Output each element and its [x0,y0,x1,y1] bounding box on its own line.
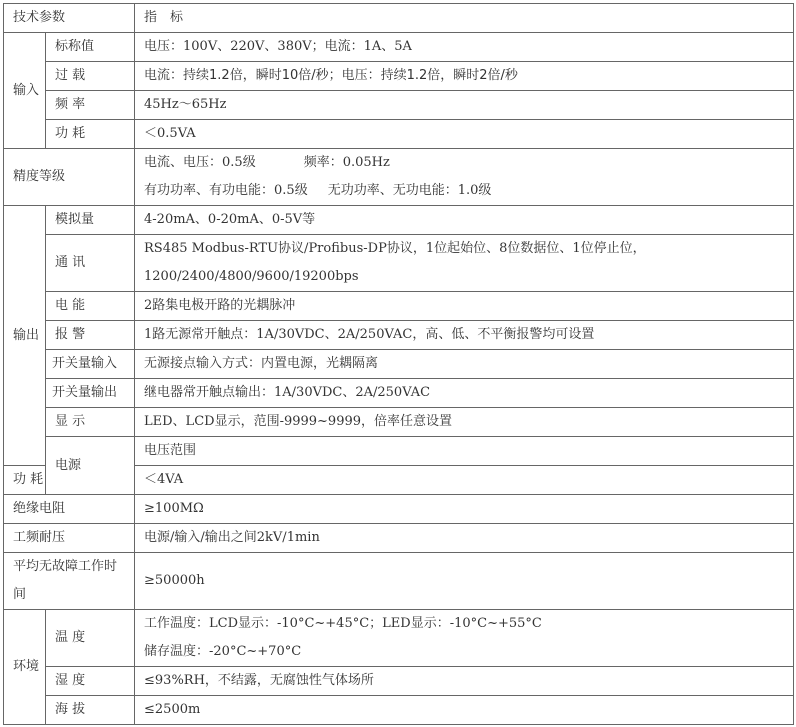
group-input: 输入 [4,33,46,149]
param-name: 过 载 [46,62,135,91]
table-row: 海 拔 ≤2500m [4,696,794,725]
param-value: ≤2500m [135,696,794,725]
accuracy-line-1: 电流、电压：0.5级频率：0.05Hz [144,149,793,177]
accuracy-reactive: 无功功率、无功电能：1.0级 [328,183,492,198]
param-name: 开关量输出 [46,379,135,408]
group-output: 输出 [4,206,46,466]
param-name: 模拟量 [46,206,135,235]
group-insulation: 绝缘电阻 [4,495,135,524]
mtbf-label-line-1: 平均无故障工作时 [13,553,134,581]
param-value: RS485 Modbus-RTU协议/Profibus-DP协议，1位起始位、8… [135,235,794,292]
param-name: 电压范围 [135,437,794,466]
accuracy-current-voltage: 电流、电压：0.5级 [144,155,256,170]
comm-line-2: 1200/2400/4800/9600/19200bps [144,263,793,291]
param-value: 1路无源常开触点：1A/30VDC、2A/250VAC，高、低、不平衡报警均可设… [135,321,794,350]
param-name: 湿 度 [46,667,135,696]
param-value: ＜0.5VA [135,120,794,149]
group-power: 电源 [46,437,135,495]
table-row: 电 能 2路集电极开路的光耦脉冲 [4,292,794,321]
param-name: 电 能 [46,292,135,321]
param-name: 温 度 [46,610,135,667]
param-name: 功 耗 [46,120,135,149]
param-value: LED、LCD显示，范围-9999~9999，倍率任意设置 [135,408,794,437]
comm-line-1: RS485 Modbus-RTU协议/Profibus-DP协议，1位起始位、8… [144,235,793,263]
table-row: 开关量输入 无源接点输入方式：内置电源，光耦隔离 [4,350,794,379]
table-row: 显 示 LED、LCD显示，范围-9999~9999，倍率任意设置 [4,408,794,437]
param-value: 电流、电压：0.5级频率：0.05Hz 有功功率、有功电能：0.5级无功功率、无… [135,149,794,206]
param-name: 功 耗 [4,466,46,495]
table-row: 绝缘电阻 ≥100MΩ [4,495,794,524]
temp-line-2: 储存温度：-20°C~+70°C [144,638,793,666]
param-name: 标称值 [46,33,135,62]
param-name: 报 警 [46,321,135,350]
table-row: 湿 度 ≤93%RH，不结露，无腐蚀性气体场所 [4,667,794,696]
param-value: ≥100MΩ [135,495,794,524]
mtbf-label-line-2: 间 [13,581,134,609]
header-row: 技术参数 指 标 [4,4,794,33]
accuracy-active: 有功功率、有功电能：0.5级 [144,183,308,198]
table-row: 平均无故障工作时 间 ≥50000h [4,553,794,610]
table-row: 通 讯 RS485 Modbus-RTU协议/Profibus-DP协议，1位起… [4,235,794,292]
group-accuracy: 精度等级 [4,149,135,206]
param-value: ≤93%RH，不结露，无腐蚀性气体场所 [135,667,794,696]
table-row: 电源 电压范围 AC80-270V或DC100-350V [4,437,794,466]
table-row: 功 耗 ＜0.5VA [4,120,794,149]
table-row: 输出 模拟量 4-20mA、0-20mA、0-5V等 [4,206,794,235]
table-row: 过 载 电流：持续1.2倍，瞬时10倍/秒；电压：持续1.2倍，瞬时2倍/秒 [4,62,794,91]
spec-table: 技术参数 指 标 输入 标称值 电压：100V、220V、380V；电流：1A、… [3,3,794,725]
param-name: 海 拔 [46,696,135,725]
param-value: 无源接点输入方式：内置电源，光耦隔离 [135,350,794,379]
param-name: 开关量输入 [46,350,135,379]
param-value: 电压：100V、220V、380V；电流：1A、5A [135,33,794,62]
group-withstand: 工频耐压 [4,524,135,553]
table-row: 环境 温 度 工作温度：LCD显示：-10°C~+45°C；LED显示：-10°… [4,610,794,667]
temp-line-1: 工作温度：LCD显示：-10°C~+45°C；LED显示：-10°C~+55°C [144,610,793,638]
table-row: 精度等级 电流、电压：0.5级频率：0.05Hz 有功功率、有功电能：0.5级无… [4,149,794,206]
header-indicator: 指 标 [135,4,794,33]
param-value: ＜4VA [135,466,794,495]
header-param: 技术参数 [4,4,135,33]
group-mtbf: 平均无故障工作时 间 [4,553,135,610]
table-row: 频 率 45Hz～65Hz [4,91,794,120]
accuracy-line-2: 有功功率、有功电能：0.5级无功功率、无功电能：1.0级 [144,177,793,205]
group-environment: 环境 [4,610,46,725]
param-name: 显 示 [46,408,135,437]
param-value: 工作温度：LCD显示：-10°C~+45°C；LED显示：-10°C~+55°C… [135,610,794,667]
param-value: ≥50000h [135,553,794,610]
param-value: 4-20mA、0-20mA、0-5V等 [135,206,794,235]
param-value: 电源/输入/输出之间2kV/1min [135,524,794,553]
table-row: 开关量输出 继电器常开触点输出：1A/30VDC、2A/250VAC [4,379,794,408]
param-name: 通 讯 [46,235,135,292]
table-row: 报 警 1路无源常开触点：1A/30VDC、2A/250VAC，高、低、不平衡报… [4,321,794,350]
accuracy-frequency: 频率：0.05Hz [304,155,390,170]
table-row: 工频耐压 电源/输入/输出之间2kV/1min [4,524,794,553]
param-name: 频 率 [46,91,135,120]
param-value: 45Hz～65Hz [135,91,794,120]
param-value: 继电器常开触点输出：1A/30VDC、2A/250VAC [135,379,794,408]
param-value: 2路集电极开路的光耦脉冲 [135,292,794,321]
param-value: 电流：持续1.2倍，瞬时10倍/秒；电压：持续1.2倍，瞬时2倍/秒 [135,62,794,91]
table-row: 输入 标称值 电压：100V、220V、380V；电流：1A、5A [4,33,794,62]
